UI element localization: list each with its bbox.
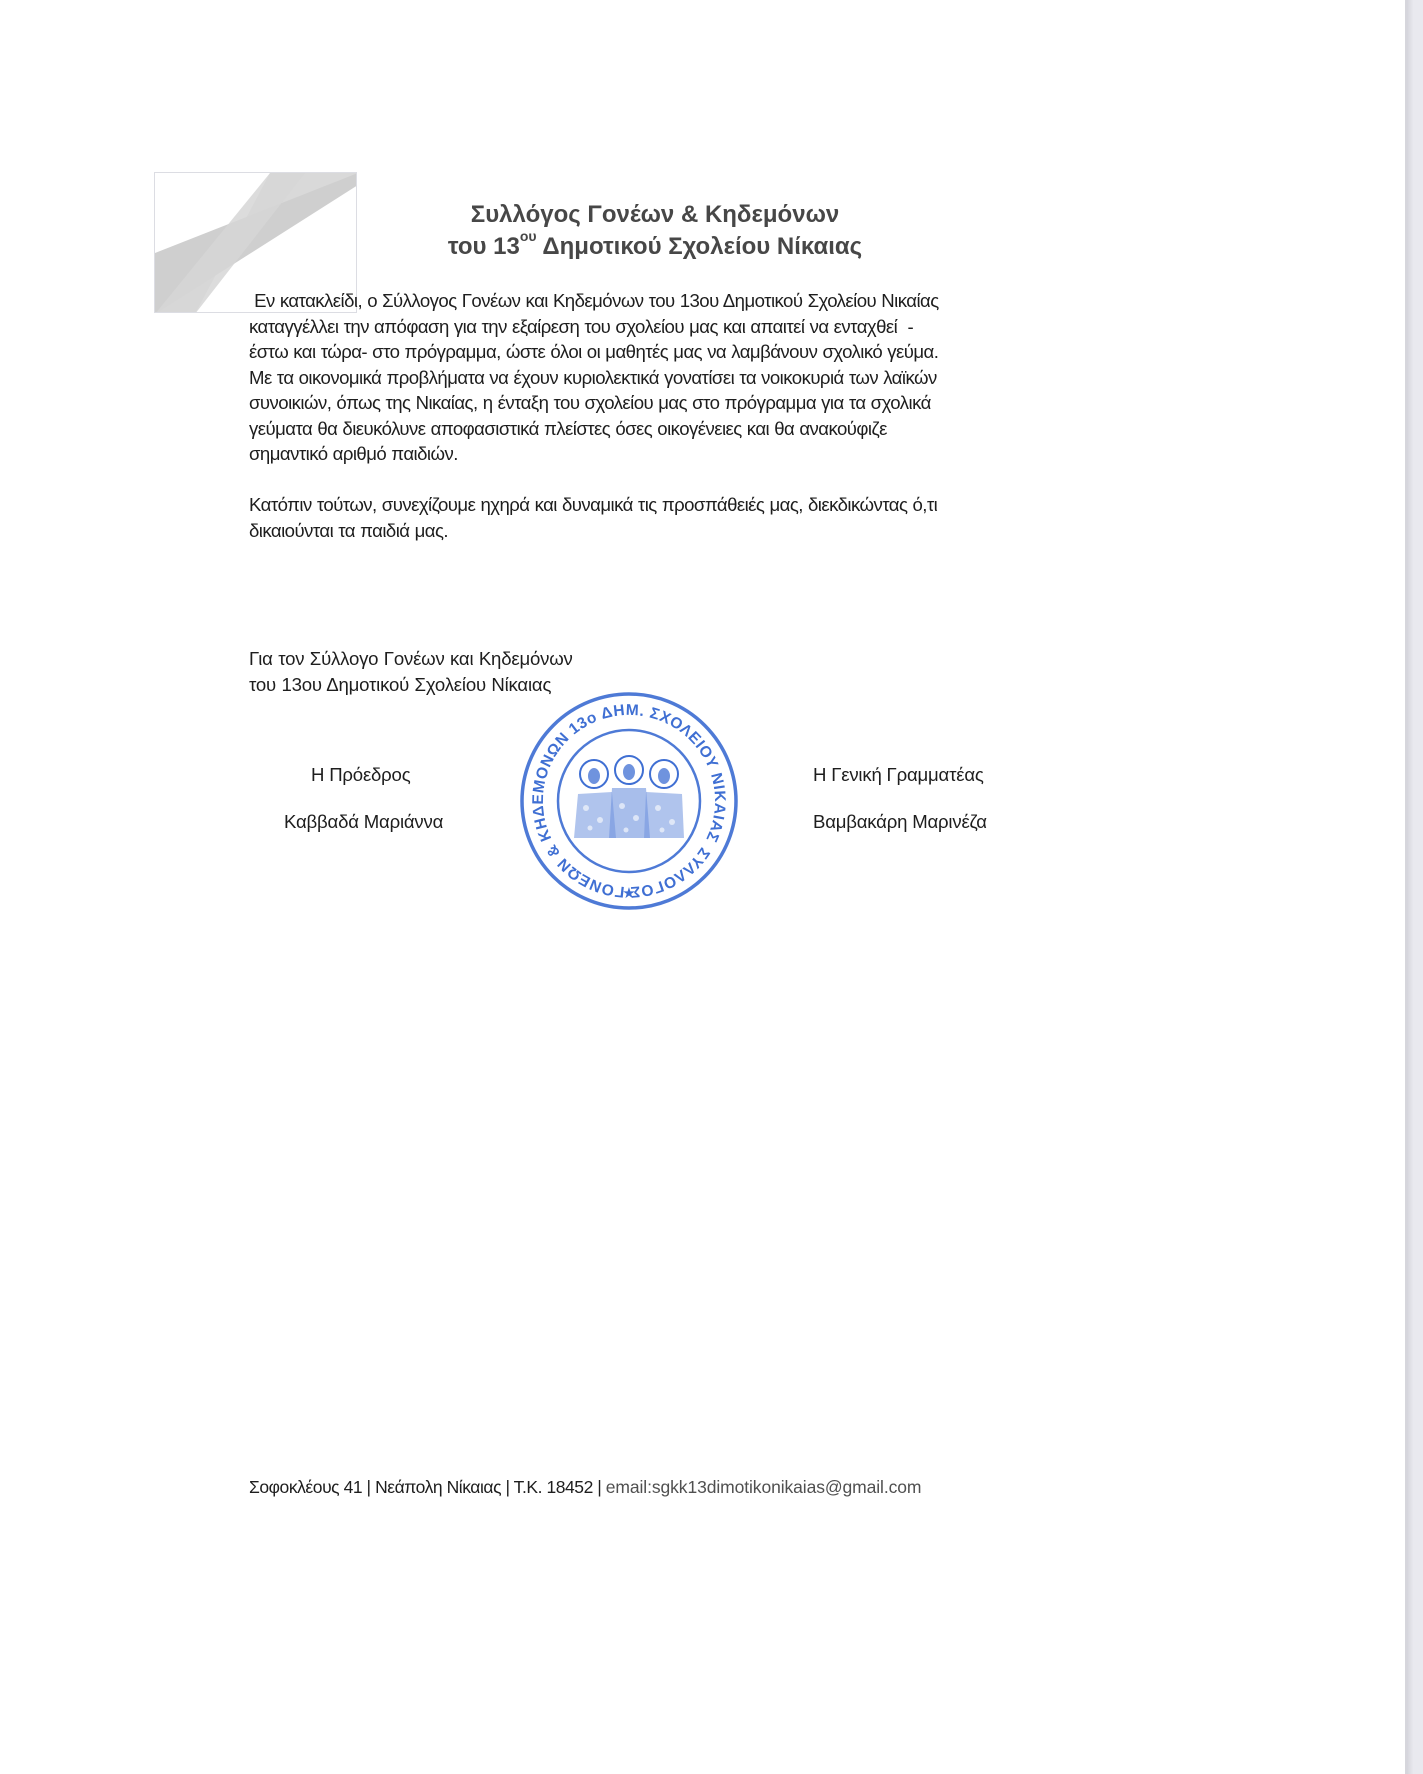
title-superscript: ου — [520, 228, 537, 244]
stamp-seal-icon: ΣΥΛΛΟΓΟΣ ΓΟΝΕΩΝ & ΚΗΔΕΜΟΝΩΝ 13ο ΔΗΜ. ΣΧΟ… — [516, 688, 742, 914]
paragraph-line: Κατόπιν τούτων, συνεχίζουμε ηχηρά και δυ… — [249, 492, 1069, 518]
title-suffix: Δημοτικού Σχολείου Νίκαιας — [537, 233, 863, 260]
paragraph-line: συνοικιών, όπως της Νικαίας, η ένταξη το… — [249, 390, 1069, 416]
association-stamp: ΣΥΛΛΟΓΟΣ ΓΟΝΕΩΝ & ΚΗΔΕΜΟΝΩΝ 13ο ΔΗΜ. ΣΧΟ… — [516, 688, 742, 914]
signature-left-role: Η Πρόεδρος — [311, 764, 410, 786]
footer-address: Σοφοκλέους 41 | Νεάπολη Νίκαιας | Τ.Κ. 1… — [249, 1477, 606, 1497]
viewer-background-strip — [1407, 0, 1423, 1774]
paragraph-line: καταγγέλλει την απόφαση για την εξαίρεση… — [249, 314, 1069, 340]
document-page: Συλλόγος Γονέων & Κηδεμόνων του 13ου Δημ… — [0, 0, 1407, 1774]
footer-contact: Σοφοκλέους 41 | Νεάπολη Νίκαιας | Τ.Κ. 1… — [249, 1477, 921, 1498]
signature-right-role: Η Γενική Γραμματέας — [813, 764, 984, 786]
title-prefix: του 13 — [448, 233, 520, 260]
paragraph-line: δικαιούνται τα παιδιά μας. — [249, 518, 1069, 544]
paragraph-1: Εν κατακλείδι, ο Σύλλογος Γονέων και Κηδ… — [249, 288, 1069, 467]
signature-left-name: Καββαδά Μαριάννα — [284, 811, 443, 833]
signature-right-name: Βαμβακάρη Μαρινέζα — [813, 811, 987, 833]
paragraph-line: έστω και τώρα- στο πρόγραμμα, ώστε όλοι … — [249, 339, 1069, 365]
page-title-line1: Συλλόγος Γονέων & Κηδεμόνων — [330, 199, 980, 231]
footer-email-link[interactable]: email:sgkk13dimotikonikaias@gmail.com — [606, 1477, 922, 1497]
paragraph-line: Με τα οικονομικά προβλήματα να έχουν κυρ… — [249, 365, 1069, 391]
stamp-star: ★ — [622, 885, 635, 902]
page-title-line2: του 13ου Δημοτικού Σχολείου Νίκαιας — [330, 231, 980, 263]
closing-line: Για τον Σύλλογο Γονέων και Κηδεμόνων — [249, 646, 1069, 672]
paragraph-line: γεύματα θα διευκόλυνε αποφασιστικά πλείσ… — [249, 416, 1069, 442]
paragraph-line: σημαντικό αριθμό παιδιών. — [249, 441, 1069, 467]
paragraph-2: Κατόπιν τούτων, συνεχίζουμε ηχηρά και δυ… — [249, 492, 1069, 543]
paragraph-line: Εν κατακλείδι, ο Σύλλογος Γονέων και Κηδ… — [249, 288, 1069, 314]
